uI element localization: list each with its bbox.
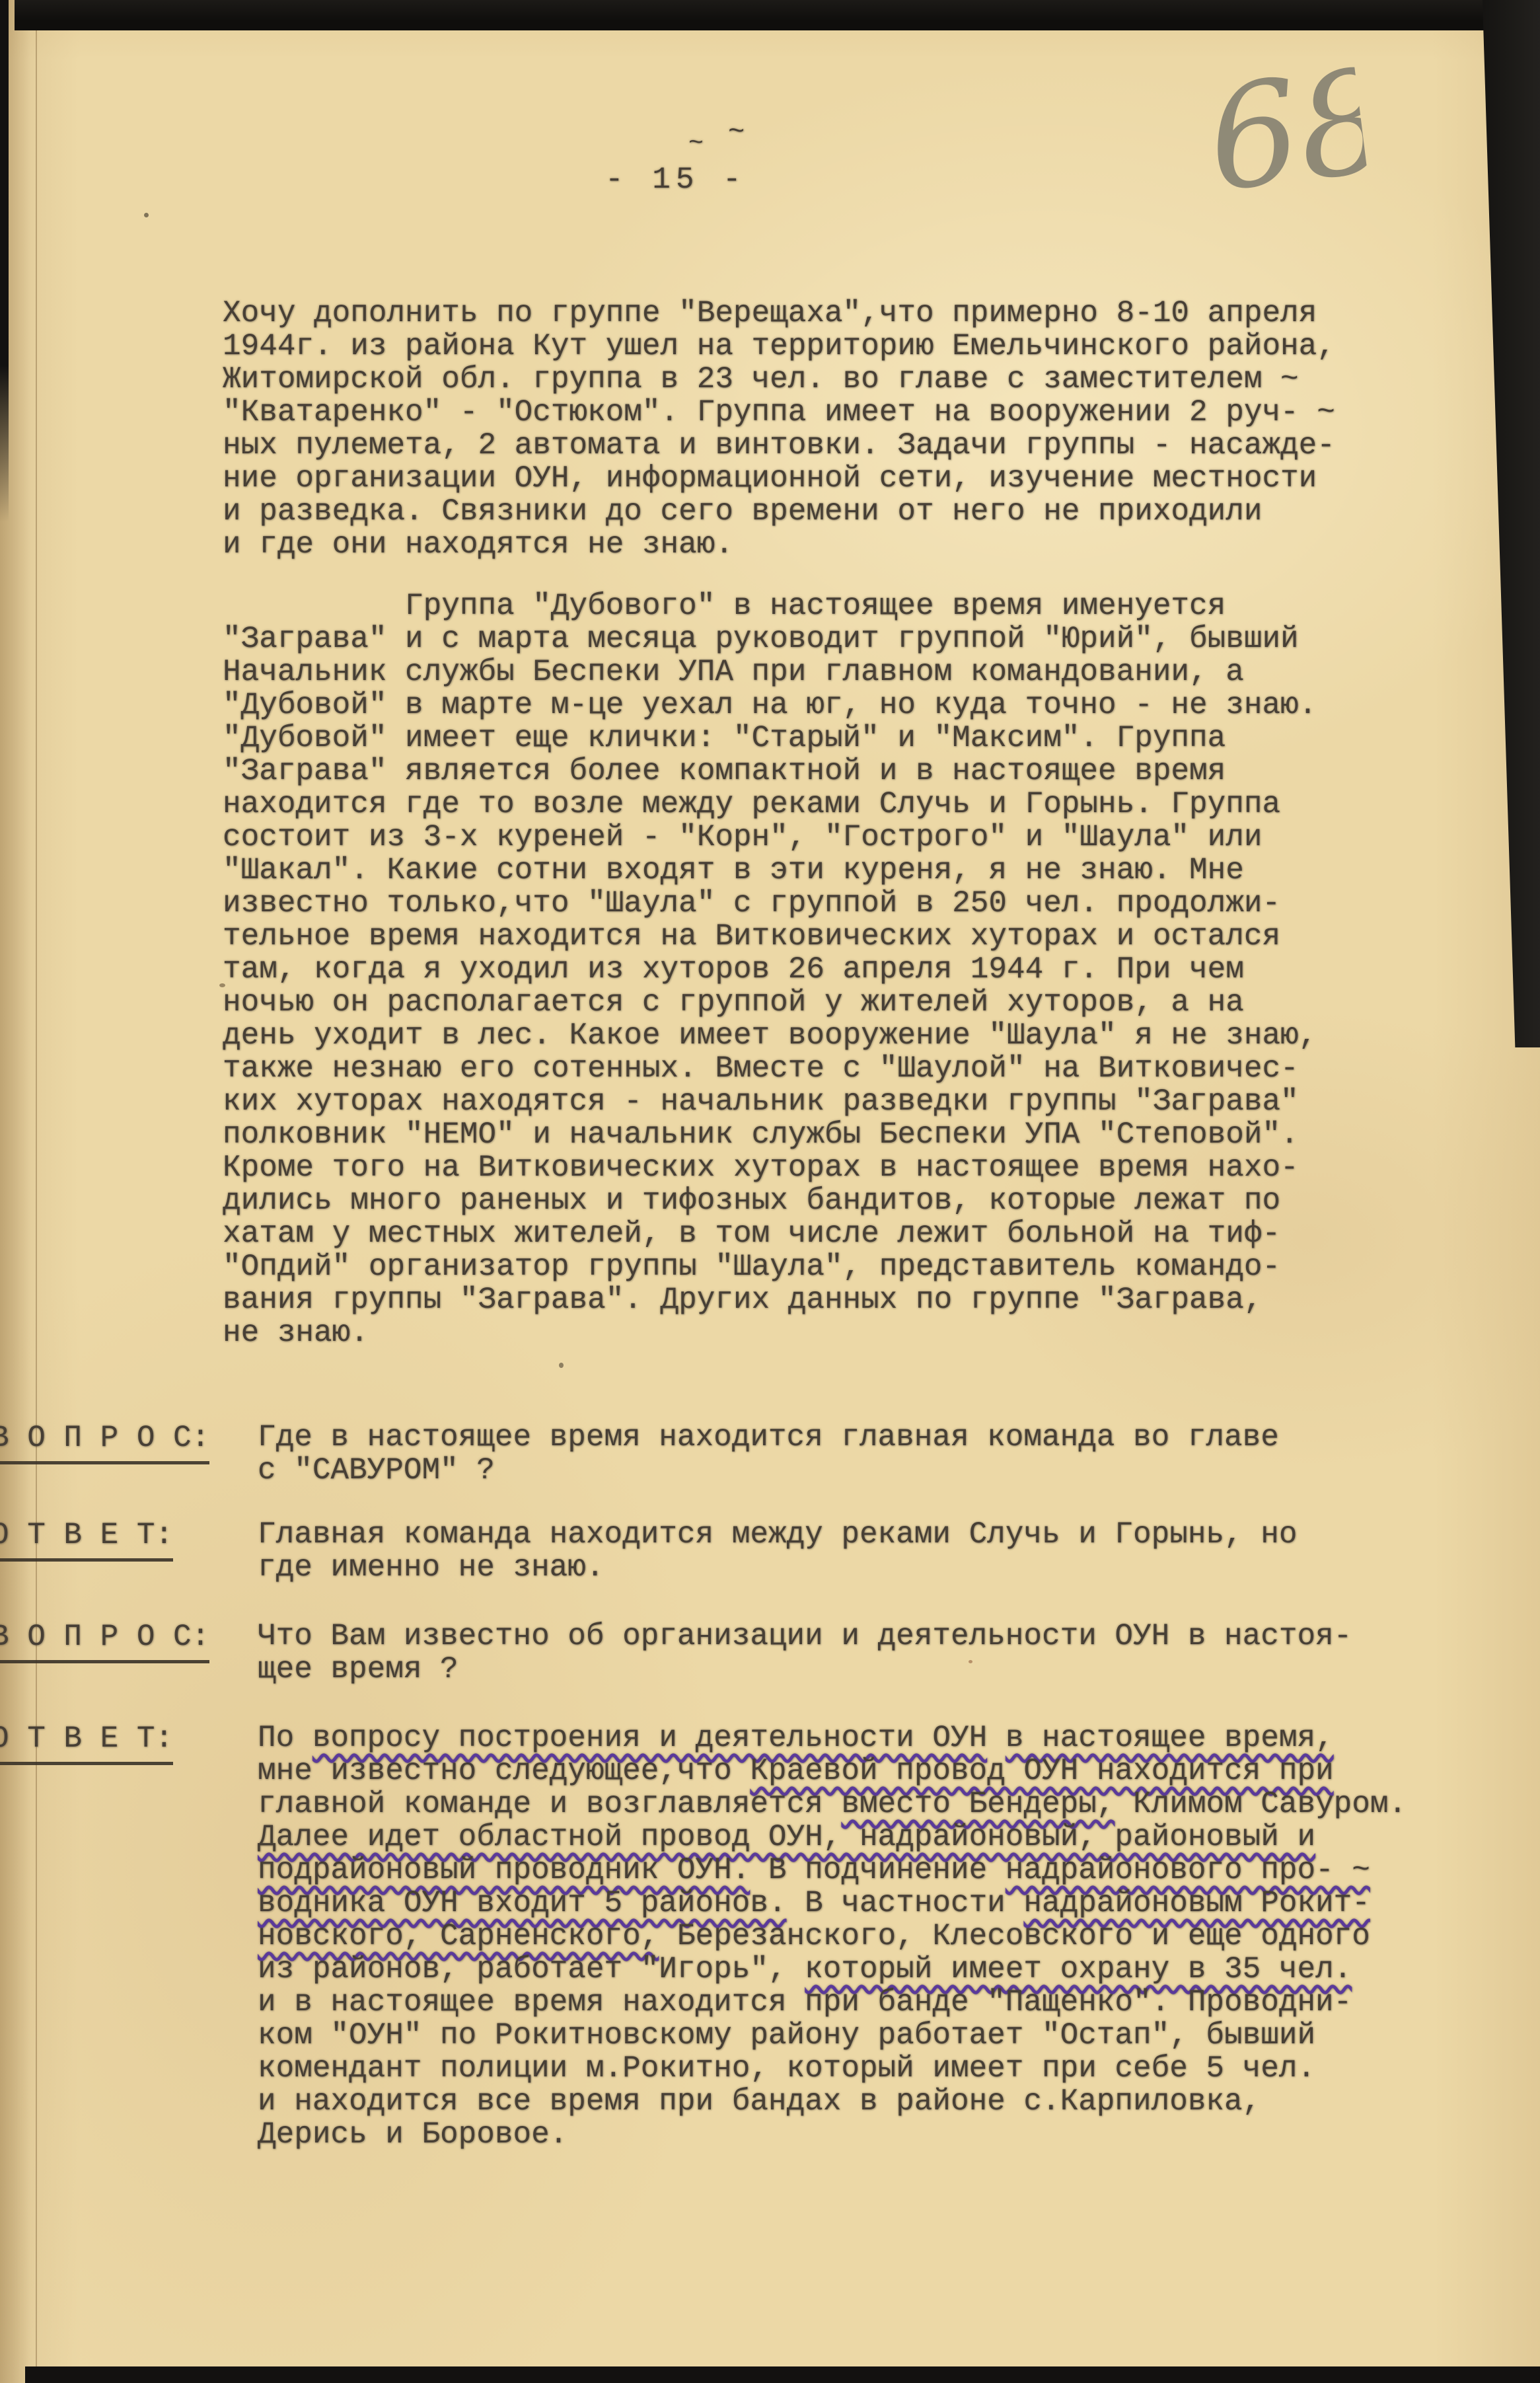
text-line: Где в настоящее время находится главная … [258,1421,1279,1454]
text-line: "Дубовой" в марте м-це уехал на юг, но к… [223,689,1317,722]
handwritten-page-number: 68 [1187,37,1372,234]
paragraph-1: Хочу дополнить по группе "Верещаха",что … [223,297,1335,561]
text-line: ние организации ОУН, информационной сети… [223,462,1335,495]
text-line: и находится все время при бандах в район… [258,2085,1407,2118]
text-segment: ных пулемета, 2 автомата и винтовки. Зад… [223,428,1335,463]
ink-underlined-phrase: надрайоновым Рокит- [1023,1886,1370,1920]
text-segment: не знаю. [223,1316,369,1350]
scan-edge-bottom [25,2366,1540,2383]
text-line: Житомирской обл. группа в 23 чел. во гла… [223,363,1335,396]
ink-underlined-phrase: вместо Бендеры, [841,1787,1115,1821]
ink-underlined-phrase: Краевой провод ОУН находится при [750,1754,1333,1788]
text-segment: комендант полиции м.Рокитно, который име… [258,2051,1315,2086]
text-line: ких хуторах находятся - начальник развед… [223,1085,1317,1118]
text-segment: "Шакал". Какие сотни входят в эти куреня… [223,853,1244,888]
text-line: Что Вам известно об организации и деятел… [258,1620,1352,1653]
tilde-mark: ~ [728,116,745,148]
handwritten-68-text: 68 [1199,37,1373,223]
ink-underlined-phrase: который имеет охрану в 35 чел. [805,1952,1352,1986]
text-line: Хочу дополнить по группе "Верещаха",что … [223,297,1335,330]
text-segment: ние организации ОУН, информационной сети… [223,461,1317,496]
text-line: также незнаю его сотенных. Вместе с "Шау… [223,1052,1317,1085]
text-segment: из районов, работает "Игорь", [258,1952,805,1986]
text-line: из районов, работает "Игорь", который им… [258,1953,1407,1986]
text-line: "Шакал". Какие сотни входят в эти куреня… [223,854,1317,887]
ink-underlined-phrase: в настоящее время, [1006,1721,1334,1755]
text-segment: ночью он располагается с группой у жител… [223,985,1244,1020]
text-line: Далее идет областной провод ОУН, надрайо… [258,1821,1407,1854]
text-line: состоит из 3-х куреней - "Корн", "Гостро… [223,821,1317,854]
text-segment: Дерись и Боровое. [258,2117,568,2152]
text-segment: "Заграва" и с марта месяца руководит гру… [223,622,1299,656]
text-segment: тельное время находится на Витковических… [223,919,1280,954]
text-line: тельное время находится на Витковических… [223,920,1317,953]
paragraph-2: Группа "Дубового" в настоящее время имен… [223,589,1317,1349]
text-segment: главной команде и возглавляется [258,1787,841,1821]
text-line: находится где то возле между реками Случ… [223,788,1317,821]
text-segment: хатам у местных жителей, в том числе леж… [223,1217,1280,1251]
text-line: с "САВУРОМ" ? [258,1454,1279,1487]
text-segment: В частности [787,1886,1024,1920]
text-segment: и разведка. Связники до сего времени от … [223,494,1262,529]
question-text: Где в настоящее время находится главная … [258,1421,1279,1487]
ink-underlined-phrase: Далее идет областной провод ОУН, надрайо… [258,1820,1315,1854]
ink-underlined-phrase: новского, Сарненского, [258,1919,659,1953]
text-segment: Что Вам известно об организации и деятел… [258,1619,1352,1653]
text-segment: "Опдий" организатор группы "Шаула", пред… [223,1250,1280,1284]
text-line: Начальник службы Беспеки УПА при главном… [223,656,1317,689]
text-line: полковник "НЕМО" и начальник службы Бесп… [223,1118,1317,1151]
answer-label: О Т В Е Т: [0,1721,173,1765]
text-segment: полковник "НЕМО" и начальник службы Бесп… [223,1117,1299,1152]
text-segment: Хочу дополнить по группе "Верещаха",что … [223,296,1317,330]
text-line: Группа "Дубового" в настоящее время имен… [223,589,1317,623]
question-label: В О П Р О С: [0,1620,209,1663]
text-segment: "Кватаренко" - "Остюком". Группа имеет н… [223,395,1335,430]
question-label: В О П Р О С: [0,1421,209,1464]
text-line: водника ОУН входит 5 районов. В частност… [258,1887,1407,1920]
scan-edge-left [0,0,9,522]
text-segment: там, когда я уходил из хуторов 26 апреля… [223,952,1244,987]
tilde-mark: ~ [688,130,704,158]
ink-underlined-phrase: подрайоновый проводник ОУН. [258,1853,750,1887]
text-segment: и в настоящее время находится при банде … [258,1985,1352,2020]
text-segment: Климом Савуром. [1115,1787,1407,1821]
text-line: и где они находятся не знаю. [223,528,1335,561]
text-segment: мне известно следующее,что [258,1754,750,1788]
text-line: Кроме того на Витковических хуторах в на… [223,1151,1317,1184]
text-segment: "Заграва" является более компактной и в … [223,754,1226,788]
text-line: "Заграва" и с марта месяца руководит гру… [223,623,1317,656]
text-segment: Березанского, Клесовского и еще одного [659,1919,1370,1953]
text-line: день уходит в лес. Какое имеет вооружени… [223,1019,1317,1052]
text-segment: состоит из 3-х куреней - "Корн", "Гостро… [223,820,1262,854]
text-line: комендант полиции м.Рокитно, который име… [258,2052,1407,2085]
text-line: главной команде и возглавляется вместо Б… [258,1788,1407,1821]
text-segment: ких хуторах находятся - начальник развед… [223,1084,1299,1119]
ink-underlined-phrase: водника ОУН входит 5 районов. [258,1886,787,1920]
text-line: подрайоновый проводник ОУН. В подчинение… [258,1854,1407,1887]
text-line: не знаю. [223,1316,1317,1349]
text-line: вания группы "Заграва". Других данных по… [223,1283,1317,1316]
text-line: и в настоящее время находится при банде … [258,1986,1407,2019]
text-segment: где именно не знаю. [258,1550,605,1585]
scan-edge-top [15,0,1540,30]
text-segment: также незнаю его сотенных. Вместе с "Шау… [223,1051,1299,1086]
paper-speck [559,1363,564,1368]
text-line: и разведка. Связники до сего времени от … [223,495,1335,528]
text-segment: с "САВУРОМ" ? [258,1453,495,1488]
text-segment: ком "ОУН" по Рокитновскому району работа… [258,2018,1315,2053]
ink-underlined-phrase: вопросу построения и деятельности ОУН [312,1721,987,1755]
page-number: - 15 - [605,163,747,197]
text-segment: Главная команда находится между реками С… [258,1517,1297,1552]
text-line: мне известно следующее,что Краевой прово… [258,1755,1407,1788]
text-segment: находится где то возле между реками Случ… [223,787,1280,821]
answer-text: По вопросу построения и деятельности ОУН… [258,1721,1407,2151]
text-line: "Дубовой" имеет еще клички: "Старый" и "… [223,722,1317,755]
text-segment: известно только,что "Шаула" с группой в … [223,886,1280,921]
text-line: "Заграва" является более компактной и в … [223,755,1317,788]
text-line: новского, Сарненского, Березанского, Кле… [258,1920,1407,1953]
text-line: "Кватаренко" - "Остюком". Группа имеет н… [223,396,1335,429]
text-segment: "Дубовой" имеет еще клички: "Старый" и "… [223,721,1226,755]
text-segment [987,1721,1006,1755]
text-segment: дились много раненых и тифозных бандитов… [223,1184,1280,1218]
text-segment: вания группы "Заграва". Других данных по… [223,1283,1262,1317]
text-line: где именно не знаю. [258,1551,1297,1584]
question-text: Что Вам известно об организации и деятел… [258,1620,1352,1686]
text-segment: щее время ? [258,1652,458,1686]
text-segment: и где они находятся не знаю. [223,527,733,562]
text-segment: В подчинение [750,1853,1005,1887]
text-line: известно только,что "Шаула" с группой в … [223,887,1317,920]
text-segment: Житомирской обл. группа в 23 чел. во гла… [223,362,1299,397]
text-line: ночью он располагается с группой у жител… [223,986,1317,1019]
text-line: дились много раненых и тифозных бандитов… [223,1184,1317,1217]
answer-label: О Т В Е Т: [0,1518,173,1562]
text-line: Главная команда находится между реками С… [258,1518,1297,1551]
text-line: там, когда я уходил из хуторов 26 апреля… [223,953,1317,986]
text-segment: По [258,1721,312,1755]
paper-speck [144,213,149,217]
text-line: Дерись и Боровое. [258,2118,1407,2151]
text-segment: 1944г. из района Кут ушел на территорию … [223,329,1335,363]
text-line: "Опдий" организатор группы "Шаула", пред… [223,1250,1317,1283]
text-segment: день уходит в лес. Какое имеет вооружени… [223,1018,1317,1053]
text-segment: Начальник службы Беспеки УПА при главном… [223,655,1244,689]
text-segment: Где в настоящее время находится главная … [258,1420,1279,1455]
document-scan: - 15 - ~ ~ 68 Хочу дополнить по группе "… [0,0,1540,2383]
text-line: щее время ? [258,1653,1352,1686]
text-line: По вопросу построения и деятельности ОУН… [258,1721,1407,1755]
text-segment: "Дубовой" в марте м-це уехал на юг, но к… [223,688,1317,722]
text-line: ком "ОУН" по Рокитновскому району работа… [258,2019,1407,2052]
answer-text: Главная команда находится между реками С… [258,1518,1297,1584]
text-segment: и находится все время при бандах в район… [258,2084,1261,2119]
ink-underlined-phrase: надрайонового про- ~ [1006,1853,1370,1887]
text-line: 1944г. из района Кут ушел на территорию … [223,330,1335,363]
text-segment: Группа "Дубового" в настоящее время имен… [223,589,1226,623]
text-line: ных пулемета, 2 автомата и винтовки. Зад… [223,429,1335,462]
text-line: хатам у местных жителей, в том числе леж… [223,1217,1317,1250]
text-segment: Кроме того на Витковических хуторах в на… [223,1151,1299,1185]
